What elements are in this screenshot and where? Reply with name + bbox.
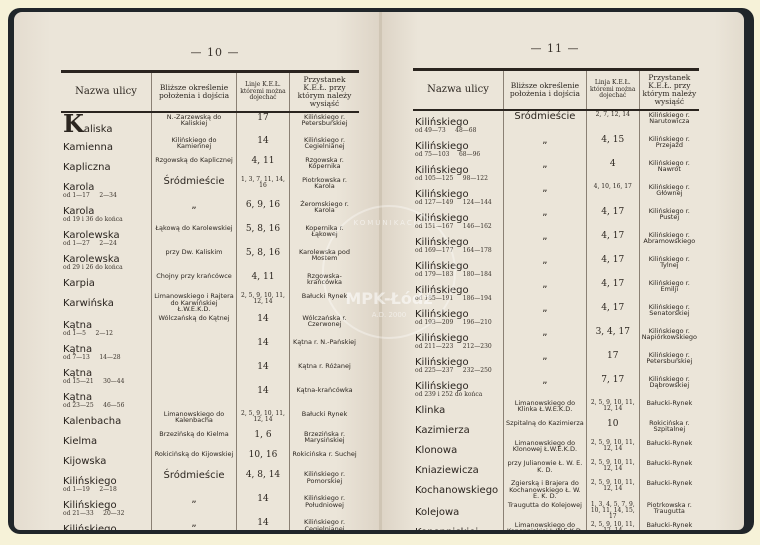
description-cell [152,362,237,386]
tram-lines-cell: 4, 11 [237,156,290,176]
street-name: Kątna [63,320,92,331]
street-cell: Kniaziewicza [413,459,503,479]
house-number-range: od 1—19 2—18 [63,487,149,493]
table-header: Nazwa ulicy Bliższe określenie położenia… [413,70,699,110]
stop-cell: Kilińskiego r. Emilji [639,279,699,303]
description-cell: Limanowskiego i Rajtera do Karwińskiej Ł… [152,292,237,314]
street-name: Kilińskiego [415,189,469,200]
table-row: Karolewskaod 1—27 2—24Łąkową do Karolews… [61,224,359,248]
house-number-range: od 75—103 68—96 [415,152,501,158]
description-cell: „ [503,351,586,375]
description-cell: Szpitalną do Kazimierza [503,419,586,439]
stop-cell: Bałucki-Rynek [639,521,699,530]
tram-lines-cell: 2, 5, 9, 10, 11, 12, 14 [586,521,639,530]
tram-lines-cell: 14 [237,518,290,530]
house-number-range: od 169—177 164—178 [415,248,501,254]
description-cell: Łąkową do Karolewskiej [152,224,237,248]
tram-lines-cell: 1, 3, 7, 11, 14, 16 [237,176,290,200]
description-cell: Kilińskiego do Kamiennej [152,136,237,156]
table-body: Kilińskiegood 49—73 48—68Śródmieście2, 7… [413,110,699,531]
tram-lines-cell: 4, 17 [586,279,639,303]
stop-cell: Kilińskiego r. Petersburskiej [639,351,699,375]
table-row: KarpiaChojny przy krańcówce4, 11Rzgowska… [61,272,359,292]
stop-cell: Piotrkowska r. Karola [290,176,360,200]
tram-lines-cell: 10, 16 [237,450,290,470]
table-row: Kilińskiegood 127—149 124—144„4, 10, 16,… [413,183,699,207]
tram-lines-cell: 14 [237,386,290,410]
house-number-range: od 127—149 124—144 [415,200,501,206]
house-number-range: od 193—209 196—210 [415,320,501,326]
house-number-range: od 105—125 98—122 [415,176,501,182]
street-name: Klinka [415,405,445,416]
description-cell: przy Dw. Kaliskim [152,248,237,272]
table-row: KaliskaN.-Zarzewską do Kaliskiej17Kilińs… [61,112,359,136]
street-cell: Kątnaod 1—5 2—12 [61,314,152,338]
street-name: Kamienna [63,142,113,153]
table-row: Kilińskiegood 49—73 48—68Śródmieście2, 7… [413,110,699,135]
street-cell: Kilińskiegood 49—73 48—68 [413,110,503,135]
stop-cell: Kilińskiego r. Napiórkowskiego [639,327,699,351]
street-cell: Kątnaod 7—13 14—28 [61,338,152,362]
tram-lines-cell: 4, 17 [586,207,639,231]
house-number-range: od 29 i 26 do końca [63,265,149,271]
description-cell: „ [503,231,586,255]
street-cell: Kilińskiegood 1—19 2—18 [61,470,152,494]
street-name: Kapliczna [63,162,111,173]
description-cell: Chojny przy krańcówce [152,272,237,292]
stop-cell: Kilińskiego r. Dąbrowskiej [639,375,699,399]
street-name: Kazimierza [415,425,470,436]
stop-cell: Karolewska pod Mostem [290,248,360,272]
stop-cell: Brzezińska r. Marysińskiej [290,430,360,450]
table-row: KarwińskaLimanowskiego i Rajtera do Karw… [61,292,359,314]
house-number-range: od 185—191 186—194 [415,296,501,302]
header-description: Bliższe określenie położenia i dojścia [152,72,237,112]
tram-lines-cell: 4, 17 [586,231,639,255]
stop-cell: Kilińskiego r. Senatorskiej [639,303,699,327]
table-row: Kilińskiegood 105—125 98—122„4Kilińskieg… [413,159,699,183]
description-cell: Brzezińską do Kielma [152,430,237,450]
description-cell: „ [503,375,586,399]
street-cell: Klinka [413,399,503,419]
house-number-range: od 49—73 48—68 [415,128,501,134]
house-number-range: od 7—13 14—28 [63,355,149,361]
street-cell: Kapliczna [61,156,152,176]
table-row: Kilińskiegood 1—19 2—18Śródmieście4, 8, … [61,470,359,494]
street-name: aliska [84,124,113,135]
street-cell: Klonowa [413,439,503,459]
tram-lines-cell: 4, 8, 14 [237,470,290,494]
street-name: Karpia [63,278,95,289]
table-row: Kilińskiegood 21—33 20—32„14Kilińskiego … [61,494,359,518]
tram-lines-cell: 14 [237,136,290,156]
table-row: Kilińskiegood 179—183 180—184„4, 17Kiliń… [413,255,699,279]
street-name: Kalenbacha [63,416,121,427]
street-name: Kilińskiego [415,165,469,176]
street-cell: Kolejowa [413,501,503,521]
tram-lines-cell: 7, 17 [586,375,639,399]
house-number-range: od 211—223 212—230 [415,344,501,350]
book-spread: — 10 — Nazwa ulicy Bliższe określenie po… [8,8,754,534]
street-name: Kilińskiego [415,357,469,368]
street-table-right: Nazwa ulicy Bliższe określenie położenia… [413,68,699,530]
tram-lines-cell: 2, 5, 9, 10, 11, 12, 14 [586,459,639,479]
table-row: Kilińskiegood 225—237 232—250„17Kiliński… [413,351,699,375]
stop-cell: Bałucki-Rynek [639,459,699,479]
description-cell: Zgierską i Brajera do Kochanowskiego Ł. … [503,479,586,501]
description-cell: „ [503,327,586,351]
house-number-range: od 23—25 46—56 [63,403,149,409]
tram-lines-cell: 2, 7, 12, 14 [586,110,639,135]
tram-lines-cell: 2, 5, 9, 10, 11, 12, 14 [237,410,290,430]
stop-cell: Kilińskiego r. Cegielnianej [290,136,360,156]
description-cell: „ [503,135,586,159]
street-cell: Karolewskaod 1—27 2—24 [61,224,152,248]
page-number: — 11 — [382,42,736,55]
table-row: Kilińskiegood 193—209 196—210„4, 17Kiliń… [413,303,699,327]
table-row: Kilińskiegood 151—167 146—162„4, 17Kiliń… [413,207,699,231]
table-row: Kilińskiegood 35—47 34—46„14Kilińskiego … [61,518,359,530]
description-cell: „ [503,159,586,183]
street-name: Kątna [63,392,92,403]
house-number-range: od 239 i 252 do końca [415,392,501,398]
tram-lines-cell: 4 [586,159,639,183]
house-number-range: od 1—5 2—12 [63,331,149,337]
tram-lines-cell: 6, 9, 16 [237,200,290,224]
house-number-range: od 1—27 2—24 [63,241,149,247]
table-row: KochanowskiegoZgierską i Brajera do Koch… [413,479,699,501]
stop-cell: Kilińskiego r. Południowej [290,494,360,518]
street-cell: Kilińskiegood 151—167 146—162 [413,207,503,231]
description-cell [152,338,237,362]
tram-lines-cell: 1, 6 [237,430,290,450]
description-cell: „ [503,279,586,303]
street-cell: Kilińskiegood 127—149 124—144 [413,183,503,207]
description-cell: Limanowskiego do Kalenbacha [152,410,237,430]
left-page: — 10 — Nazwa ulicy Bliższe określenie po… [14,12,380,530]
street-cell: Karpia [61,272,152,292]
table-row: Kilińskiegood 169—177 164—178„4, 17Kiliń… [413,231,699,255]
street-name: Kilińskiego [63,524,117,530]
street-cell: Kilińskiegood 169—177 164—178 [413,231,503,255]
page-number: — 10 — [32,46,380,59]
street-name: Klonowa [415,445,457,456]
stop-cell: Bałucki-Rynek [639,439,699,459]
street-cell: Kilińskiegood 239 i 252 do końca [413,375,503,399]
header-street: Nazwa ulicy [413,70,503,110]
street-cell: Karwińska [61,292,152,314]
street-cell: Kilińskiegood 225—237 232—250 [413,351,503,375]
street-cell: Kilińskiegood 185—191 186—194 [413,279,503,303]
table-row: Kątnaod 7—13 14—2814Kątna r. N.-Pańskiej [61,338,359,362]
street-name: Kilińskiego [415,141,469,152]
tram-lines-cell: 14 [237,338,290,362]
tram-lines-cell: 4, 15 [586,135,639,159]
table-row: KolejowaTraugutta do Kolejowej1, 3, 4, 5… [413,501,699,521]
stop-cell: Kątna r. N.-Pańskiej [290,338,360,362]
street-cell: Kijowska [61,450,152,470]
description-cell: Rokicińską do Kijowskiej [152,450,237,470]
header-description: Bliższe określenie położenia i dojścia [503,70,586,110]
street-cell: Kilińskiegood 35—47 34—46 [61,518,152,530]
street-name: Kilińskiego [415,117,469,128]
stop-cell: Kilińskiego r. Nawrot [639,159,699,183]
header-stop: Przystanek K.E.Ł. przy którym należy wys… [639,70,699,110]
table-row: KlinkaLimanowskiego do Klinka Ł.W.E.K.D.… [413,399,699,419]
header-stop: Przystanek K.E.Ł. przy którym należy wys… [290,72,360,112]
table-row: Karolaod 19 i 36 do końca„6, 9, 16Żeroms… [61,200,359,224]
table-row: KalenbachaLimanowskiego do Kalenbacha2, … [61,410,359,430]
stop-cell: Rokicińska r. Szpitalnej [639,419,699,439]
street-cell: Kilińskiegood 193—209 196—210 [413,303,503,327]
description-cell: Limanowskiego do Konopnickiej Ł.W.E.K.D. [503,521,586,530]
street-name: Kilińskiego [415,237,469,248]
street-name: Kniaziewicza [415,465,479,476]
table-row: KaplicznaRzgowską do Kaplicznej4, 11Rzgo… [61,156,359,176]
street-name: Kilińskiego [415,285,469,296]
street-cell: Konopnickiej [413,521,503,530]
tram-lines-cell: 4, 17 [586,255,639,279]
street-cell: Karolewskaod 29 i 26 do końca [61,248,152,272]
tram-lines-cell: 4, 11 [237,272,290,292]
description-cell: „ [503,207,586,231]
house-number-range: od 1—17 2—34 [63,193,149,199]
street-name: Kilińskiego [415,333,469,344]
stop-cell: Kopernika r. Łąkowej [290,224,360,248]
stop-cell: Kątna r. Różanej [290,362,360,386]
street-name: Kilińskiego [415,309,469,320]
house-number-range: od 15—21 30—44 [63,379,149,385]
description-cell: Limanowskiego do Klonowej Ł.W.E.K.D. [503,439,586,459]
description-cell: N.-Zarzewską do Kaliskiej [152,112,237,136]
stop-cell: Rzgowska-krańcówka [290,272,360,292]
stop-cell: Piotrkowska r. Traugutta [639,501,699,521]
street-cell: Kilińskiegood 105—125 98—122 [413,159,503,183]
stop-cell: Kilińskiego r. Cegielnianej [290,518,360,530]
table-row: KonopnickiejLimanowskiego do Konopnickie… [413,521,699,530]
stop-cell: Rokicińska r. Suchej [290,450,360,470]
tram-lines-cell: 2, 5, 9, 10, 11, 12, 14 [586,479,639,501]
description-cell: „ [503,303,586,327]
description-cell: „ [152,518,237,530]
description-cell [152,386,237,410]
table-row: Kątnaod 23—25 46—5614Kątna-krańcówka [61,386,359,410]
street-cell: Kochanowskiego [413,479,503,501]
table-row: Kątnaod 1—5 2—12Wólczańską do Kątnej14Wó… [61,314,359,338]
street-cell: Karolaod 1—17 2—34 [61,176,152,200]
description-cell: Traugutta do Kolejowej [503,501,586,521]
tram-lines-cell: 5, 8, 16 [237,248,290,272]
tram-lines-cell: 2, 5, 9, 10, 11, 12, 14 [586,439,639,459]
tram-lines-cell: 17 [237,112,290,136]
description-cell: Śródmieście [503,110,586,135]
table-row: Kniaziewiczaprzy Julianowie Ł. W. E. K. … [413,459,699,479]
street-cell: Kaliska [61,112,152,136]
table-row: Kątnaod 15—21 30—4414Kątna r. Różanej [61,362,359,386]
table-row: KamiennaKilińskiego do Kamiennej14Kilińs… [61,136,359,156]
tram-lines-cell: 4, 17 [586,303,639,327]
stop-cell: Kątna-krańcówka [290,386,360,410]
street-name: Kolejowa [415,507,459,518]
stop-cell: Rzgowska r. Kopernika [290,156,360,176]
description-cell: „ [152,494,237,518]
stop-cell: Bałucki-Rynek [639,399,699,419]
house-number-range: od 151—167 146—162 [415,224,501,230]
tram-lines-cell: 14 [237,314,290,338]
stop-cell: Kilińskiego r. Abramowskiego [639,231,699,255]
tram-lines-cell: 10 [586,419,639,439]
street-name: Kochanowskiego [415,485,498,496]
table-row: Karolewskaod 29 i 26 do końcaprzy Dw. Ka… [61,248,359,272]
description-cell: „ [152,200,237,224]
street-name: Kątna [63,344,92,355]
tram-lines-cell: 14 [237,362,290,386]
table-row: Karolaod 1—17 2—34Śródmieście1, 3, 7, 11… [61,176,359,200]
tram-lines-cell: 2, 5, 9, 10, 11, 12, 14 [237,292,290,314]
stop-cell: Żeromskiego r. Karola [290,200,360,224]
street-cell: Kamienna [61,136,152,156]
street-cell: Karolaod 19 i 36 do końca [61,200,152,224]
street-cell: Kilińskiegood 179—183 180—184 [413,255,503,279]
street-name: Konopnickiej [415,527,478,530]
description-cell: Śródmieście [152,470,237,494]
table-header: Nazwa ulicy Bliższe określenie położenia… [61,72,359,112]
description-cell: przy Julianowie Ł. W. E. K. D. [503,459,586,479]
tram-lines-cell: 17 [586,351,639,375]
table-row: KielmaBrzezińską do Kielma1, 6Brzezińska… [61,430,359,450]
street-cell: Kątnaod 15—21 30—44 [61,362,152,386]
stop-cell: Kilińskiego r. Petersburskiej [290,112,360,136]
street-name: Kilińskiego [415,261,469,272]
description-cell: Rzgowską do Kaplicznej [152,156,237,176]
description-cell: „ [503,183,586,207]
table-row: KlonowaLimanowskiego do Klonowej Ł.W.E.K… [413,439,699,459]
street-cell: Kilińskiegood 211—223 212—230 [413,327,503,351]
header-lines: Linje K.E.Ł. któremi można dojechać [237,72,290,112]
street-name: Kielma [63,436,97,447]
description-cell: Limanowskiego do Klinka Ł.W.E.K.D. [503,399,586,419]
stop-cell: Kilińskiego r. Narutowicza [639,110,699,135]
table-body: KaliskaN.-Zarzewską do Kaliskiej17Kilińs… [61,112,359,531]
street-name: Kijowska [63,456,106,467]
house-number-range: od 225—237 232—250 [415,368,501,374]
stop-cell: Kilińskiego r. Pustej [639,207,699,231]
house-number-range: od 19 i 36 do końca [63,217,149,223]
street-cell: Kilińskiegood 75—103 68—96 [413,135,503,159]
table-row: Kilińskiegood 211—223 212—230„3, 4, 17Ki… [413,327,699,351]
street-name: Karwińska [63,298,114,309]
stop-cell: Kilińskiego r. Głównej [639,183,699,207]
house-number-range: od 21—33 20—32 [63,511,149,517]
street-cell: Kilińskiegood 21—33 20—32 [61,494,152,518]
house-number-range: od 179—183 180—184 [415,272,501,278]
description-cell: „ [503,255,586,279]
header-lines: Linja K.E.Ł. któremi można dojechać [586,70,639,110]
stop-cell: Kilińskiego r. Przejazd [639,135,699,159]
initial-letter: K [63,109,84,138]
description-cell: Śródmieście [152,176,237,200]
tram-lines-cell: 2, 5, 9, 10, 11, 12, 14 [586,399,639,419]
description-cell: Wólczańską do Kątnej [152,314,237,338]
stop-cell: Bałucki-Rynek [639,479,699,501]
street-name: Kilińskiego [415,381,469,392]
tram-lines-cell: 14 [237,494,290,518]
stop-cell: Kilińskiego r. Tylnej [639,255,699,279]
street-cell: Kątnaod 23—25 46—56 [61,386,152,410]
tram-lines-cell: 3, 4, 17 [586,327,639,351]
street-cell: Kielma [61,430,152,450]
street-cell: Kalenbacha [61,410,152,430]
stop-cell: Bałucki Rynek [290,292,360,314]
tram-lines-cell: 4, 10, 16, 17 [586,183,639,207]
table-row: KijowskaRokicińską do Kijowskiej10, 16Ro… [61,450,359,470]
table-row: Kilińskiegood 75—103 68—96„4, 15Kiliński… [413,135,699,159]
right-page: — 11 — Nazwa ulicy Bliższe określenie po… [382,12,744,530]
tram-lines-cell: 5, 8, 16 [237,224,290,248]
table-row: Kilińskiegood 185—191 186—194„4, 17Kiliń… [413,279,699,303]
stop-cell: Bałucki Rynek [290,410,360,430]
street-table-left: Nazwa ulicy Bliższe określenie położenia… [61,70,359,530]
street-name: Kilińskiego [415,213,469,224]
stop-cell: Wólczańska r. Czerwonej [290,314,360,338]
stop-cell: Kilińskiego r. Pomorskiej [290,470,360,494]
table-row: KazimierzaSzpitalną do Kazimierza10Rokic… [413,419,699,439]
street-cell: Kazimierza [413,419,503,439]
street-name: Kątna [63,368,92,379]
table-row: Kilińskiegood 239 i 252 do końca„7, 17Ki… [413,375,699,399]
header-street: Nazwa ulicy [61,72,152,112]
tram-lines-cell: 1, 3, 4, 5, 7, 9, 10, 11, 14, 15, 17 [586,501,639,521]
